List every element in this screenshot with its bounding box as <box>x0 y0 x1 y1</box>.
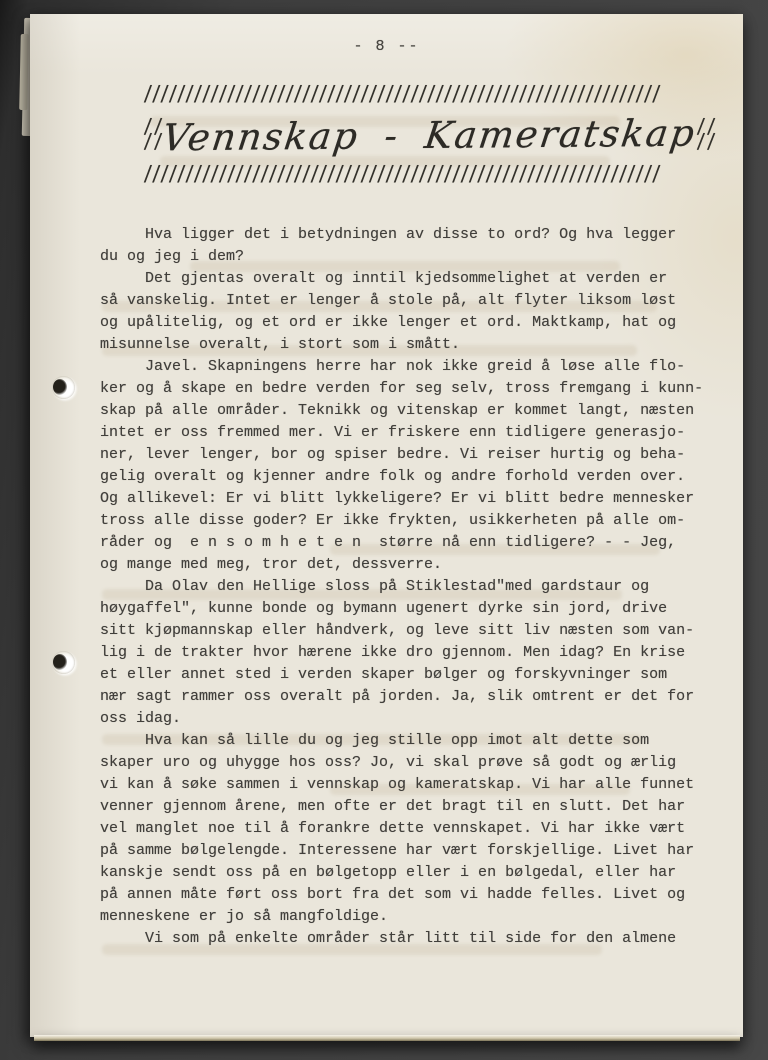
title-hatch-bottom: ////////////////////////////////////////… <box>143 162 663 187</box>
slash-mark-icon: // <box>696 134 716 152</box>
typewritten-body: Hva ligger det i betydningen av disse to… <box>100 224 703 950</box>
title-row: // // Vennskap - Kameratskap // // <box>143 106 663 164</box>
title-hatch-top: ////////////////////////////////////////… <box>143 82 663 107</box>
page-stack-edge-2 <box>19 34 29 110</box>
scan-background: { "document": { "page_number": "- 8 --",… <box>0 0 768 1060</box>
page-bottom-edge <box>34 1035 740 1041</box>
punch-hole-top <box>52 376 75 399</box>
handwritten-title: Vennskap - Kameratskap <box>160 111 699 159</box>
paper-sheet: - 8 -- /////////////////////////////////… <box>30 14 743 1037</box>
title-side-marks-right: // // <box>696 120 716 150</box>
title-side-marks-left: // // <box>143 120 163 150</box>
title-banner: ////////////////////////////////////////… <box>143 84 663 184</box>
punch-hole-bottom <box>52 651 75 674</box>
page-number: - 8 -- <box>30 38 743 55</box>
